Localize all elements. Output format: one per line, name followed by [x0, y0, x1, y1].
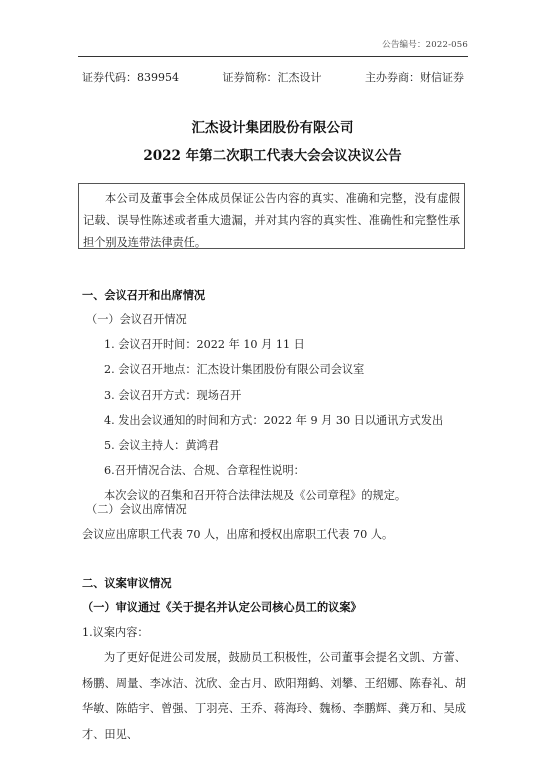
- header-divider: [78, 56, 468, 57]
- section2-heading: 二、议案审议情况: [82, 575, 172, 591]
- attendance-text: 会议应出席职工代表 70 人，出席和授权出席职工代表 70 人。: [82, 526, 393, 542]
- document-page: 公告编号：2022-056 证券代码：839954 证券简称：汇杰设计 主办券商…: [0, 0, 545, 771]
- disclaimer-box: 本公司及董事会全体成员保证公告内容的真实、准确和完整，没有虚假记载、误导性陈述或…: [78, 183, 465, 249]
- section1-heading: 一、会议召开和出席情况: [82, 287, 205, 303]
- section2-sub1-heading: （一）审议通过《关于提名并认定公司核心员工的议案》: [82, 599, 362, 615]
- proposal-content-label: 1.议案内容：: [82, 624, 149, 640]
- proposal-paragraph: 为了更好促进公司发展，鼓励员工积极性，公司董事会提名文凯、方蕾、杨鹏、周量、李冰…: [82, 645, 466, 747]
- document-title: 2022 年第二次职工代表大会会议决议公告: [0, 144, 545, 164]
- meeting-method: 3. 会议召开方式：现场召开: [104, 387, 241, 403]
- meeting-host: 5. 会议主持人：黄鸿君: [104, 437, 219, 453]
- section1-sub1-heading: （一）会议召开情况: [86, 311, 187, 327]
- stock-info-line: 证券代码：839954 证券简称：汇杰设计 主办券商：财信证券: [82, 69, 464, 85]
- sponsor-broker: 主办券商：财信证券: [365, 69, 464, 85]
- meeting-location: 2. 会议召开地点：汇杰设计集团股份有限公司会议室: [104, 361, 364, 377]
- stock-abbreviation: 证券简称：汇杰设计: [223, 69, 322, 85]
- section1-sub2-heading: （二）会议出席情况: [86, 501, 187, 517]
- company-title: 汇杰设计集团股份有限公司: [0, 116, 545, 136]
- notice-time-method: 4. 发出会议通知的时间和方式：2022 年 9 月 30 日以通讯方式发出: [104, 412, 443, 428]
- announcement-number: 公告编号：2022-056: [382, 38, 468, 50]
- meeting-time: 1. 会议召开时间：2022 年 10 月 11 日: [104, 336, 305, 352]
- compliance-label: 6.召开情况合法、合规、合章程性说明：: [104, 462, 305, 478]
- stock-code: 证券代码：839954: [82, 69, 179, 85]
